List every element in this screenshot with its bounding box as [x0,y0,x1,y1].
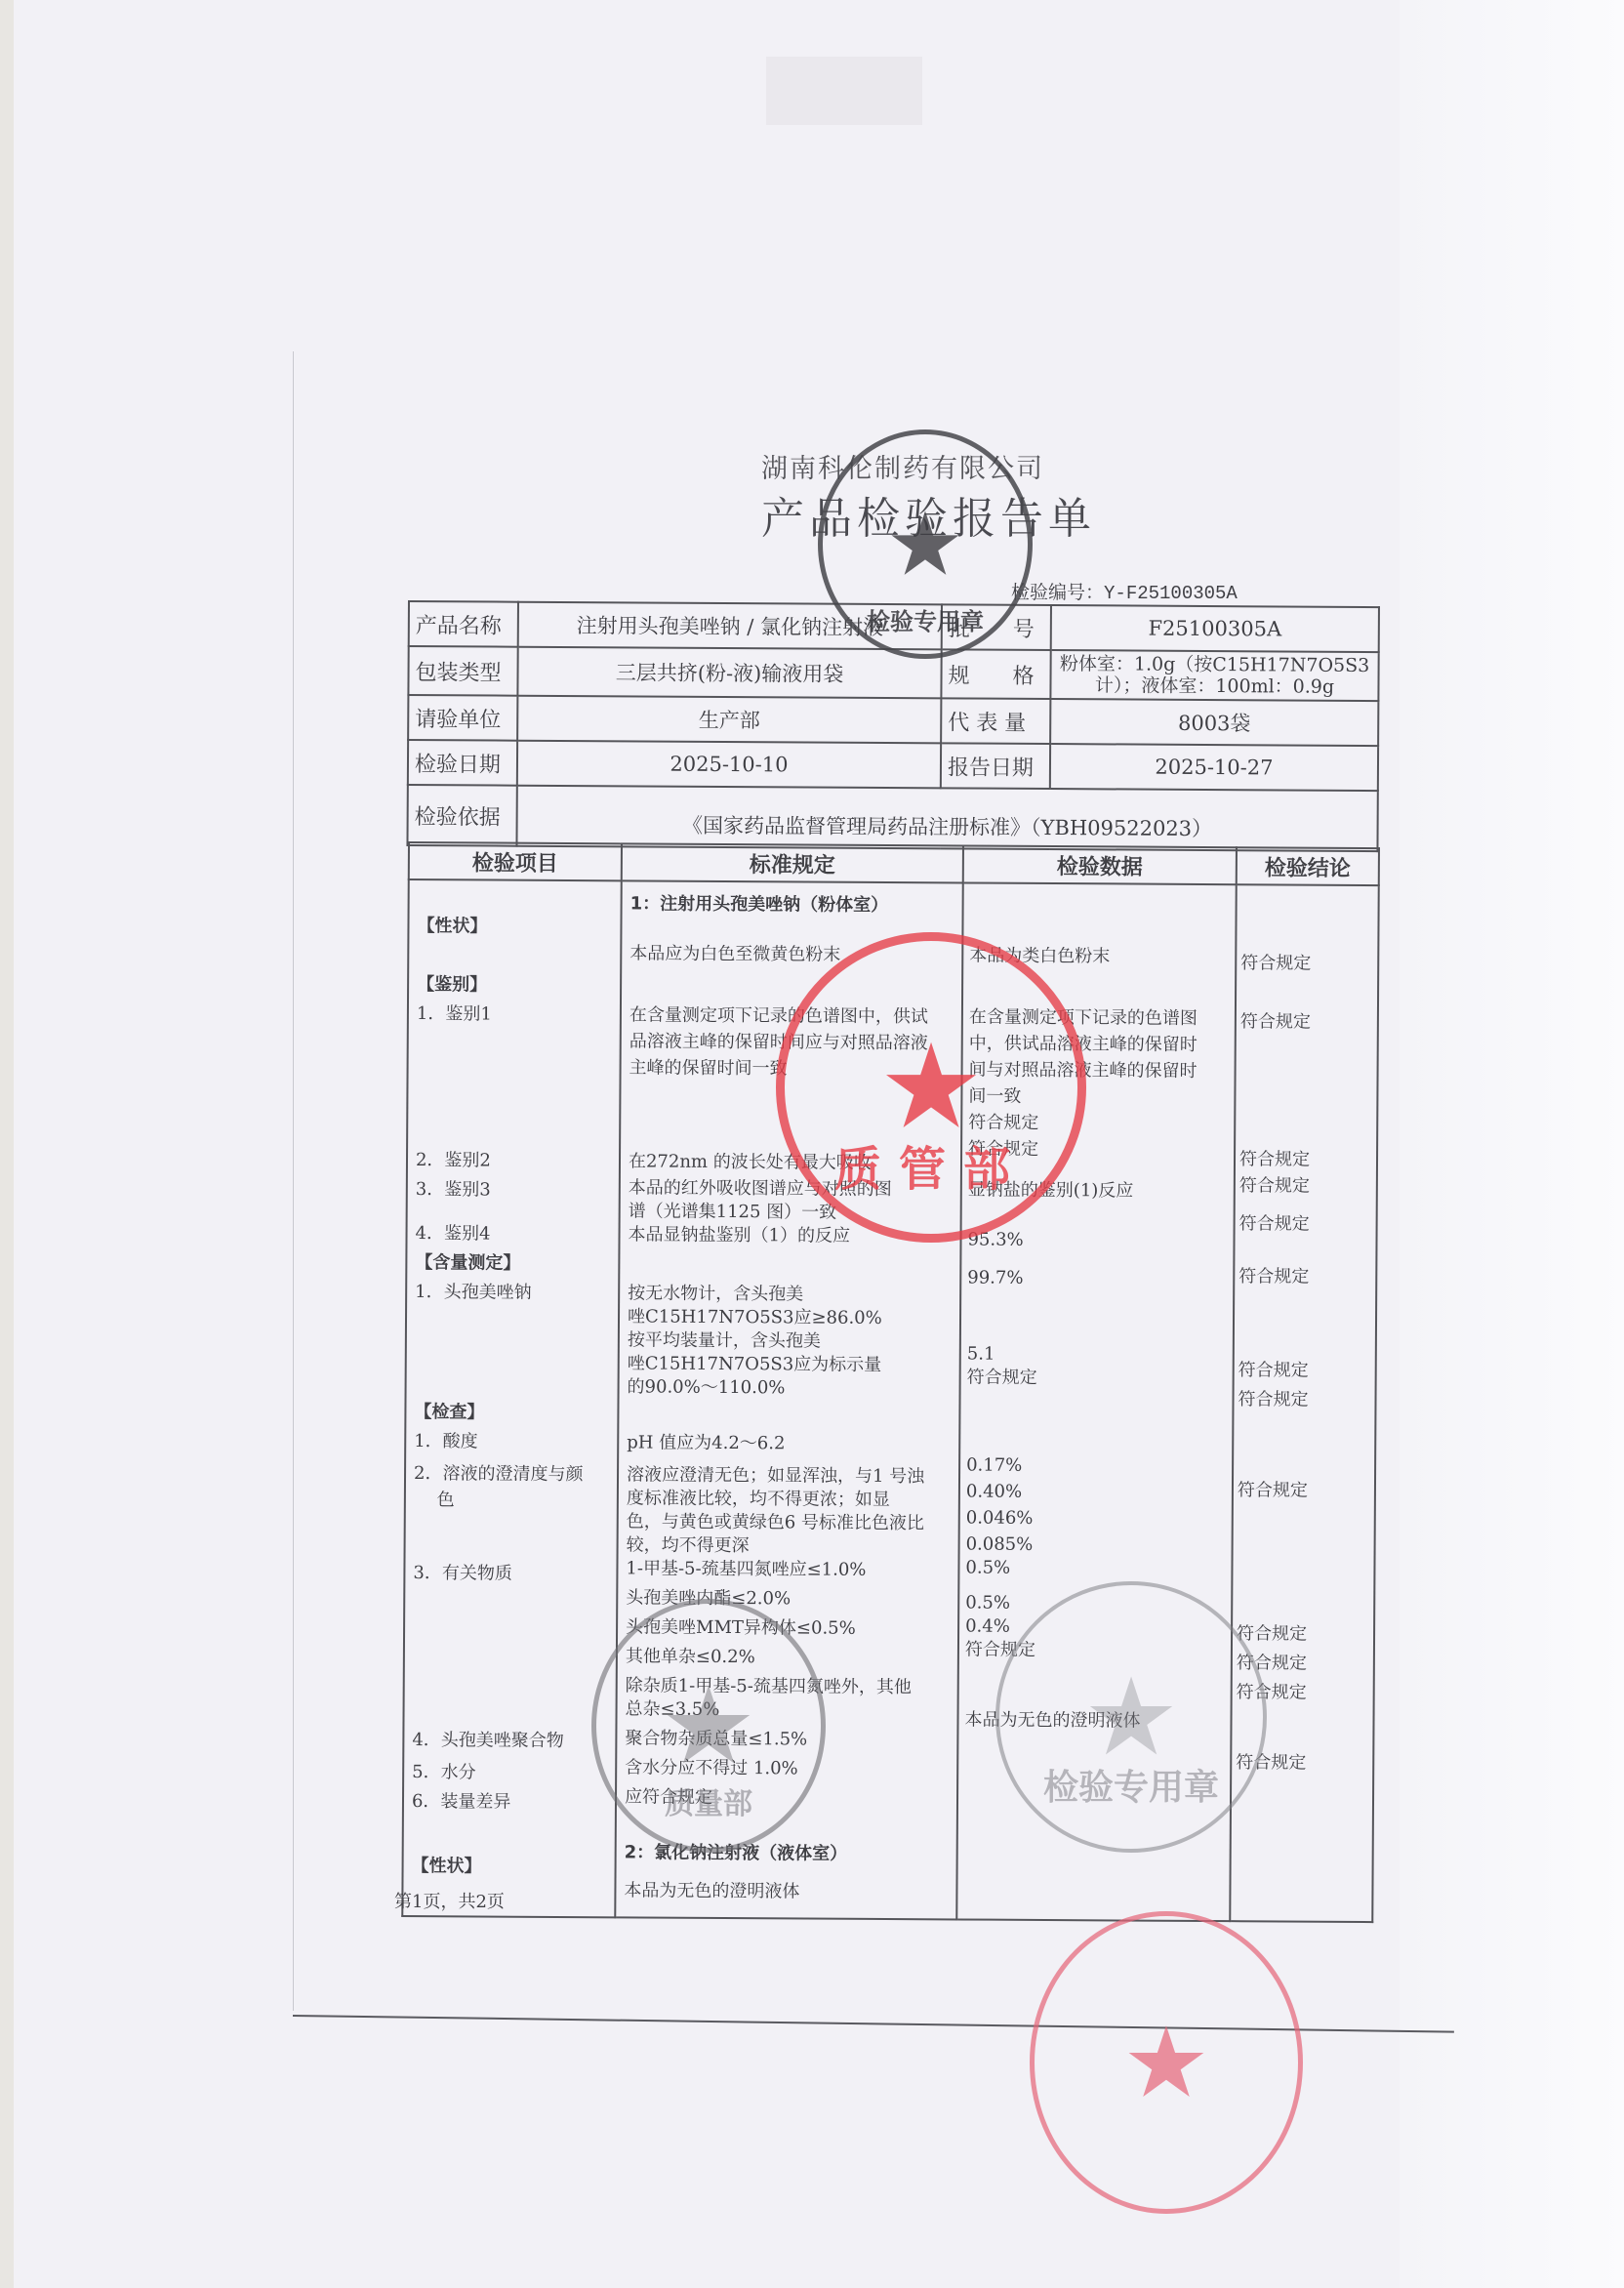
items-line: 4．鉴别4 [415,1223,490,1245]
standards-line: 度标准液比较，均不得更浓；如显 [627,1488,890,1511]
star-icon: ★ [1122,2006,1210,2120]
header-data: 检验数据 [963,845,1237,884]
standards-line: 溶液应澄清无色；如显浑浊，与1 号浊 [627,1464,924,1488]
standards-line: 聚合物杂质总量≤1.5% [625,1728,807,1750]
package-label: 包装类型 [408,646,517,696]
product-name-value: 注射用头孢美唑钠 / 氯化钠注射液 [518,602,942,650]
basis-label: 检验依据 [407,785,516,846]
standards-line: 2：氯化钠注射液（液体室） [625,1842,848,1864]
items-line: 5．水分 [412,1762,476,1783]
data-line: 5.1 [967,1344,995,1366]
standards-line: 本品显钠盐鉴别（1）的反应 [628,1224,850,1246]
results-header-row: 检验项目 标准规定 检验数据 检验结论 [409,842,1379,885]
items-line: 【性状】 [412,1856,482,1877]
data-line: 符合规定 [967,1368,1037,1389]
items-column: 【性状】【鉴别】1．鉴别12．鉴别23．鉴别34．鉴别4【含量测定】1．头孢美唑… [402,879,621,1917]
page-info: 第1页，共2页 [394,1888,505,1913]
results-table: 检验项目 标准规定 检验数据 检验结论 【性状】【鉴别】1．鉴别12．鉴别23．… [401,841,1380,1923]
conclusions-line: 符合规定 [1238,1266,1309,1287]
report-code-value: Y-F25100305A [1104,583,1238,604]
standards-line: 唑C15H17N7O5S3应为标示量 [628,1353,882,1376]
data-line: 本品为无色的澄明液体 [964,1710,1140,1733]
standards-line: 头孢美唑MMT异构体≤0.5% [626,1616,856,1639]
standards-line: 的90.0%～110.0% [628,1376,786,1399]
scan-edge [0,0,14,2288]
standards-line: 按无水物计，含头孢美 [628,1283,803,1305]
standards-line: pH 值应为4.2～6.2 [627,1432,785,1454]
items-line: 色 [414,1490,455,1511]
conclusions-line: 符合规定 [1240,1011,1311,1033]
spec-line-2: 计）；液体室：100ml：0.9g [1057,674,1371,698]
info-row: 检验日期 2025-10-10 报告日期 2025-10-27 [408,740,1378,791]
data-line: 0.40% [966,1482,1022,1503]
items-line: 1．酸度 [414,1431,478,1452]
standards-column: 1：注射用头孢美唑钠（粉体室）本品应为白色至微黄色粉末在含量测定项下记录的色谱图… [615,880,962,1919]
items-line: 3．有关物质 [413,1563,512,1585]
data-line: 符合规定 [968,1113,1038,1134]
report-code: 检验编号：Y-F25100305A [1011,578,1238,604]
data-column: 本品为类白色粉末在含量测定项下记录的色谱图中，供试品溶液主峰的保留时间与对照品溶… [956,882,1236,1921]
basis-value: 《国家药品监督管理局药品注册标准》（YBH09522023） [516,786,1377,851]
info-row: 检验依据 《国家药品监督管理局药品注册标准》（YBH09522023） [407,785,1377,851]
data-line: 99.7% [967,1268,1023,1289]
items-line: 2．鉴别2 [416,1150,491,1171]
data-line: 在含量测定项下记录的色谱图 [969,1007,1198,1030]
data-line: 95.3% [967,1230,1023,1251]
standards-line: 本品的红外吸收图谱应与对照的图 [629,1177,892,1201]
quantity-value: 8003袋 [1050,699,1378,746]
items-line: 【鉴别】 [417,974,487,996]
standards-line: 头孢美唑内酯≤2.0% [626,1587,791,1610]
standards-line: 总杂≤3.5% [626,1698,720,1721]
items-line: 3．鉴别3 [416,1179,491,1201]
standards-line: 品溶液主峰的保留时间应与对照品溶液 [629,1031,928,1054]
conclusions-line: 符合规定 [1237,1653,1307,1674]
items-line: 6．装量差异 [412,1791,511,1814]
data-line: 间一致 [968,1086,1021,1108]
standards-line: 除杂质1-甲基-5-巯基四氮唑外，其他 [626,1675,912,1698]
data-line: 0.085% [966,1534,1034,1556]
header-conclusion: 检验结论 [1237,847,1379,885]
conclusions-line: 符合规定 [1239,1149,1310,1170]
spec-value: 粉体室：1.0g（按C15H17N7O5S3 计）；液体室：100ml：0.9g [1050,650,1378,701]
results-body-row: 【性状】【鉴别】1．鉴别12．鉴别23．鉴别34．鉴别4【含量测定】1．头孢美唑… [402,879,1378,1922]
page-frame-bottom-line [293,2015,1454,2033]
standards-line: 主峰的保留时间一致 [629,1057,788,1080]
standards-line: 按平均装量计，含头孢美 [628,1329,821,1352]
spec-label: 规 格 [941,649,1050,699]
info-row: 包装类型 三层共挤(粉-液)输液用袋 规 格 粉体室：1.0g（按C15H17N… [408,646,1378,701]
requester-label: 请验单位 [408,695,517,741]
items-line: 【性状】 [417,916,487,937]
items-line: 【检查】 [414,1402,484,1423]
data-line: 符合规定 [968,1139,1038,1161]
info-row: 产品名称 注射用头孢美唑钠 / 氯化钠注射液 批 号 F25100305A [409,601,1379,652]
data-line: 显钠盐的鉴别(1)反应 [968,1180,1134,1203]
quantity-label: 代 表 量 [941,698,1050,744]
items-line: 1．鉴别1 [417,1003,492,1025]
test-date-label: 检验日期 [408,740,517,786]
standards-line: 本品应为白色至微黄色粉末 [629,943,840,965]
conclusions-line: 符合规定 [1238,1360,1309,1381]
data-line: 本品为类白色粉末 [969,946,1110,968]
standards-line: 其他单杂≤0.2% [626,1646,755,1668]
standards-line: 较，均不得更深 [627,1534,750,1557]
requester-value: 生产部 [517,696,941,744]
product-name-label: 产品名称 [409,601,518,647]
conclusions-line: 符合规定 [1238,1389,1308,1410]
header-item: 检验项目 [409,842,622,880]
test-date-value: 2025-10-10 [517,741,941,789]
data-line: 中，供试品溶液主峰的保留时 [969,1034,1198,1056]
standards-line: 应符合规定 [625,1786,712,1809]
items-line: 1．头孢美唑钠 [415,1282,532,1304]
standards-line: 1：注射用头孢美唑钠（粉体室） [630,893,889,917]
standards-line: 在含量测定项下记录的色谱图中，供试 [629,1004,928,1028]
report-date-value: 2025-10-27 [1050,744,1378,791]
standards-line: 色，与黄色或黄绿色6 号标准比色液比 [627,1511,924,1534]
data-line: 0.17% [966,1455,1022,1477]
package-value: 三层共挤(粉-液)输液用袋 [517,647,941,699]
standards-line: 唑C15H17N7O5S3应≥86.0% [628,1306,882,1329]
standards-line: 在272nm 的波长处有最大吸收 [629,1151,872,1174]
items-line: 2．溶液的澄清度与颜 [414,1463,584,1486]
conclusions-line: 符合规定 [1237,1682,1307,1703]
header-standard: 标准规定 [622,843,963,882]
conclusions-line: 符合规定 [1238,1480,1308,1501]
data-line: 0.046% [966,1508,1034,1530]
standards-line: 1-甲基-5-巯基四氮唑应≤1.0% [626,1558,866,1581]
data-line: 0.5% [965,1558,1010,1579]
standards-line: 本品为无色的澄明液体 [624,1880,799,1902]
conclusions-line: 符合规定 [1236,1752,1306,1774]
conclusions-line: 符合规定 [1239,1175,1310,1197]
spec-line-1: 粉体室：1.0g（按C15H17N7O5S3 [1058,653,1372,676]
conclusions-line: 符合规定 [1237,1623,1307,1645]
info-table: 产品名称 注射用头孢美唑钠 / 氯化钠注射液 批 号 F25100305A 包装… [406,600,1380,852]
report-code-label: 检验编号： [1011,582,1104,603]
standards-line: 谱（光谱集1125 图）一致 [629,1201,837,1223]
data-line: 0.4% [965,1616,1010,1638]
batch-label: 批 号 [942,604,1051,650]
conclusions-line: 符合规定 [1239,1213,1310,1235]
conclusions-line: 符合规定 [1240,953,1311,974]
data-line: 间与对照品溶液主峰的保留时 [969,1060,1198,1083]
scan-margin [1400,0,1624,2288]
report-title: 产品检验报告单 [761,483,1096,546]
data-line: 0.5% [965,1593,1010,1614]
info-row: 请验单位 生产部 代 表 量 8003袋 [408,695,1378,746]
report-date-label: 报告日期 [941,743,1050,789]
data-line: 符合规定 [965,1640,1035,1661]
items-line: 4．头孢美唑聚合物 [412,1730,564,1752]
standards-line: 含水分应不得过 1.0% [625,1757,798,1779]
batch-value: F25100305A [1051,605,1379,652]
conclusions-column: 符合规定符合规定符合规定符合规定符合规定符合规定符合规定符合规定符合规定符合规定… [1230,884,1378,1922]
scan-smudge [766,57,922,125]
company-name: 湖南科伦制药有限公司 [761,447,1044,485]
items-line: 【含量测定】 [415,1252,520,1275]
